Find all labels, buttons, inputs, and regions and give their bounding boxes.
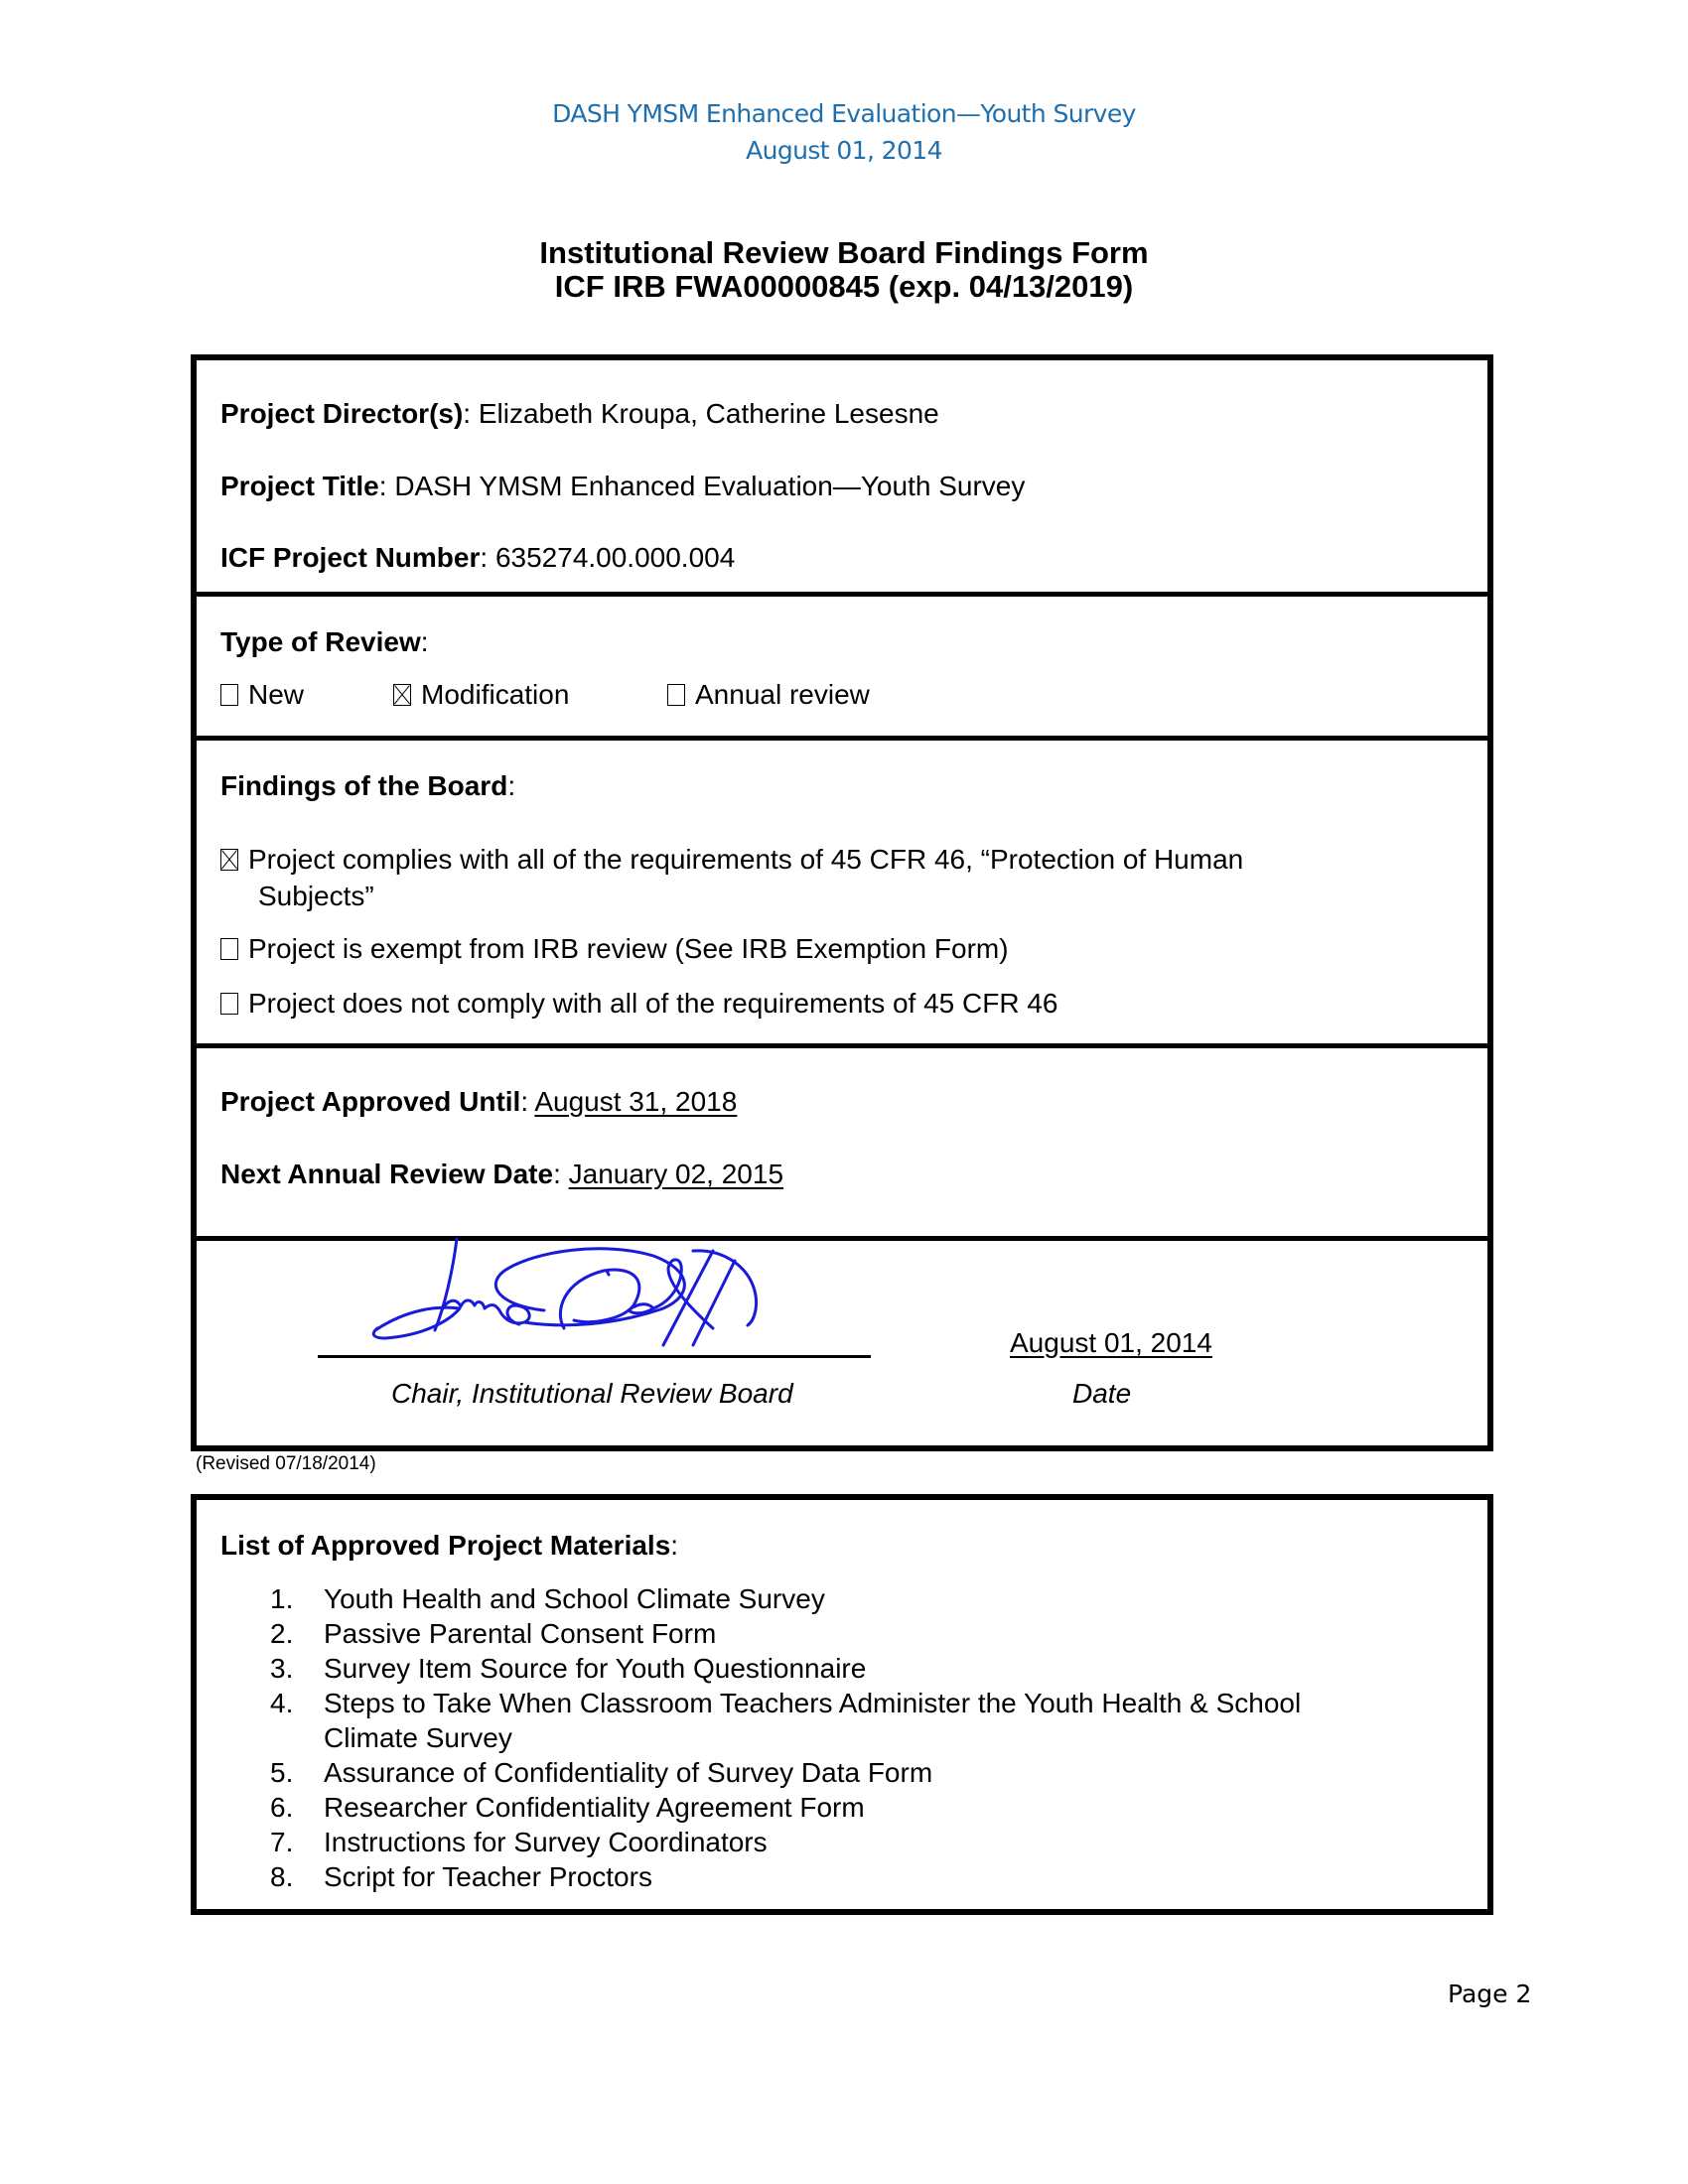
signature-date: August 01, 2014: [1010, 1327, 1212, 1359]
checkbox-icon[interactable]: [667, 684, 685, 706]
list-item-number: 3.: [270, 1651, 293, 1686]
list-item-number: 4.: [270, 1686, 293, 1720]
list-item-text: Steps to Take When Classroom Teachers Ad…: [324, 1688, 1301, 1753]
signature-section: Chair, Institutional Review Board August…: [197, 1241, 1487, 1444]
finding-option-complies-cont: Subjects”: [258, 881, 374, 912]
finding-option-not-comply[interactable]: Project does not comply with all of the …: [220, 988, 1058, 1020]
type-of-review-label: Type of Review: [220, 626, 421, 657]
next-review-label: Next Annual Review Date: [220, 1159, 553, 1189]
list-item-text: Passive Parental Consent Form: [324, 1618, 716, 1649]
project-directors-value: Elizabeth Kroupa, Catherine Lesesne: [479, 398, 939, 429]
materials-list-item: 6.Researcher Confidentiality Agreement F…: [270, 1790, 1356, 1825]
list-item-number: 1.: [270, 1581, 293, 1616]
list-item-number: 2.: [270, 1616, 293, 1651]
finding-option-exempt[interactable]: Project is exempt from IRB review (See I…: [220, 933, 1009, 965]
checkbox-icon[interactable]: [220, 993, 238, 1015]
checkbox-icon[interactable]: [220, 938, 238, 960]
list-item-number: 8.: [270, 1859, 293, 1894]
list-item-text: Script for Teacher Proctors: [324, 1861, 652, 1892]
approved-materials-box: List of Approved Project Materials: 1.Yo…: [191, 1494, 1493, 1915]
list-item-text: Researcher Confidentiality Agreement For…: [324, 1792, 865, 1823]
materials-list-item: 2.Passive Parental Consent Form: [270, 1616, 1356, 1651]
project-title-value: DASH YMSM Enhanced Evaluation—Youth Surv…: [394, 471, 1025, 501]
form-title: Institutional Review Board Findings Form: [0, 236, 1688, 270]
form-subtitle: ICF IRB FWA00000845 (exp. 04/13/2019): [0, 270, 1688, 304]
checkbox-checked-icon[interactable]: [393, 684, 411, 706]
findings-heading: Findings of the Board:: [220, 770, 515, 802]
checkbox-checked-icon[interactable]: [220, 849, 238, 871]
list-item-text: Assurance of Confidentiality of Survey D…: [324, 1757, 932, 1788]
materials-list-item: 5.Assurance of Confidentiality of Survey…: [270, 1755, 1356, 1790]
list-item-text: Survey Item Source for Youth Questionnai…: [324, 1653, 866, 1684]
materials-list-item: 7.Instructions for Survey Coordinators: [270, 1825, 1356, 1859]
materials-list-item: 1.Youth Health and School Climate Survey: [270, 1581, 1356, 1616]
document-header-date: August 01, 2014: [0, 136, 1688, 165]
page-number: Page 2: [1448, 1979, 1531, 2008]
revised-note: (Revised 07/18/2014): [196, 1453, 376, 1475]
review-option-new[interactable]: New: [220, 679, 304, 711]
checkbox-icon[interactable]: [220, 684, 238, 706]
finding-option-complies[interactable]: Project complies with all of the require…: [220, 844, 1243, 876]
document-header-title: DASH YMSM Enhanced Evaluation—Youth Surv…: [0, 99, 1688, 128]
findings-label: Findings of the Board: [220, 770, 507, 801]
materials-list-item: 8.Script for Teacher Proctors: [270, 1859, 1356, 1894]
materials-list-item: 3.Survey Item Source for Youth Questionn…: [270, 1651, 1356, 1686]
findings-form-box: Project Director(s): Elizabeth Kroupa, C…: [191, 354, 1493, 1451]
project-number-row: ICF Project Number: 635274.00.000.004: [220, 542, 735, 574]
type-of-review-section: Type of Review: New Modification Annual …: [197, 597, 1487, 736]
review-option-annual[interactable]: Annual review: [667, 679, 870, 711]
project-title-row: Project Title: DASH YMSM Enhanced Evalua…: [220, 471, 1025, 502]
materials-heading: List of Approved Project Materials:: [220, 1530, 678, 1562]
project-directors-row: Project Director(s): Elizabeth Kroupa, C…: [220, 398, 939, 430]
list-item-text: Youth Health and School Climate Survey: [324, 1583, 825, 1614]
approved-until-row: Project Approved Until: August 31, 2018: [220, 1086, 737, 1118]
review-option-modification[interactable]: Modification: [393, 679, 569, 711]
list-item-number: 7.: [270, 1825, 293, 1859]
materials-label: List of Approved Project Materials: [220, 1530, 670, 1561]
project-title-label: Project Title: [220, 471, 379, 501]
signature-icon: [365, 1211, 782, 1360]
project-directors-label: Project Director(s): [220, 398, 463, 429]
findings-section: Findings of the Board: Project complies …: [197, 741, 1487, 1043]
list-item-number: 6.: [270, 1790, 293, 1825]
list-item-number: 5.: [270, 1755, 293, 1790]
approved-until-value: August 31, 2018: [534, 1086, 737, 1117]
project-info-section: Project Director(s): Elizabeth Kroupa, C…: [197, 360, 1487, 594]
project-number-value: 635274.00.000.004: [495, 542, 735, 573]
signature-line: [318, 1355, 871, 1358]
signer-role: Chair, Institutional Review Board: [391, 1378, 793, 1410]
project-number-label: ICF Project Number: [220, 542, 480, 573]
next-review-value: January 02, 2015: [569, 1159, 783, 1189]
approved-until-label: Project Approved Until: [220, 1086, 520, 1117]
date-label: Date: [1072, 1378, 1131, 1410]
materials-list-item: 4.Steps to Take When Classroom Teachers …: [270, 1686, 1356, 1755]
list-item-text: Instructions for Survey Coordinators: [324, 1827, 768, 1857]
type-of-review-heading: Type of Review:: [220, 626, 429, 658]
next-review-row: Next Annual Review Date: January 02, 201…: [220, 1159, 783, 1190]
approval-section: Project Approved Until: August 31, 2018 …: [197, 1048, 1487, 1227]
materials-list: 1.Youth Health and School Climate Survey…: [270, 1581, 1356, 1894]
